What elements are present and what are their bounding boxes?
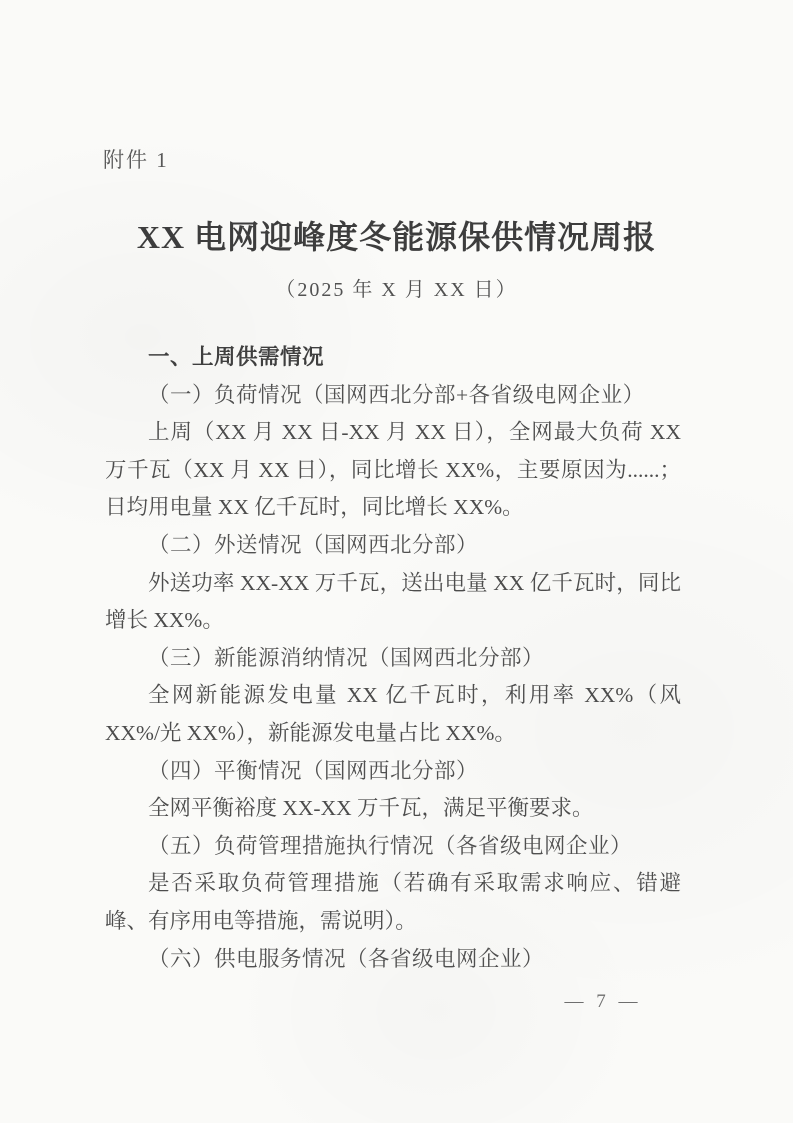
document-title: XX 电网迎峰度冬能源保供情况周报 <box>0 217 793 257</box>
paragraph-renewables: 全网新能源发电量 XX 亿千瓦时，利用率 XX%（风 XX%/光 XX%），新能… <box>105 677 681 752</box>
attachment-label: 附件 1 <box>103 144 169 174</box>
document-date: （2025 年 X 月 XX 日） <box>0 273 793 302</box>
page-number: — 7 — <box>553 991 653 1013</box>
sub-heading-6: （六）供电服务情况（各省级电网企业） <box>105 941 681 979</box>
section-heading: 一、上周供需情况 <box>105 339 681 377</box>
sub-heading-4: （四）平衡情况（国网西北分部） <box>105 753 681 791</box>
document-body: 一、上周供需情况 （一）负荷情况（国网西北分部+各省级电网企业） 上周（XX 月… <box>105 339 681 978</box>
sub-heading-5: （五）负荷管理措施执行情况（各省级电网企业） <box>105 828 681 866</box>
document-page: 附件 1 XX 电网迎峰度冬能源保供情况周报 （2025 年 X 月 XX 日）… <box>0 0 793 1123</box>
sub-heading-2: （二）外送情况（国网西北分部） <box>105 527 681 565</box>
sub-heading-3: （三）新能源消纳情况（国网西北分部） <box>105 640 681 678</box>
paragraph-load: 上周（XX 月 XX 日-XX 月 XX 日），全网最大负荷 XX 万千瓦（XX… <box>105 414 681 527</box>
paragraph-demand-mgmt: 是否采取负荷管理措施（若确有采取需求响应、错避峰、有序用电等措施，需说明）。 <box>105 865 681 940</box>
sub-heading-1: （一）负荷情况（国网西北分部+各省级电网企业） <box>105 377 681 415</box>
paragraph-export: 外送功率 XX-XX 万千瓦，送出电量 XX 亿千瓦时，同比增长 XX%。 <box>105 565 681 640</box>
paragraph-balance: 全网平衡裕度 XX-XX 万千瓦，满足平衡要求。 <box>105 790 681 828</box>
